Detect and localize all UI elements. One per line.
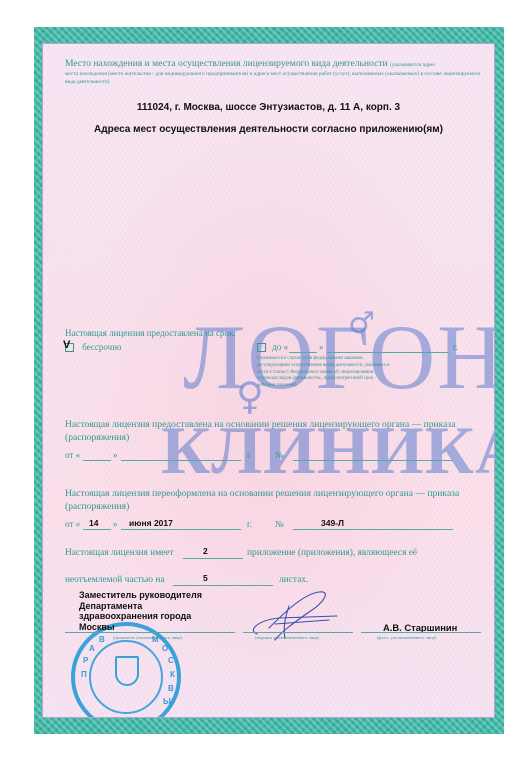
granted-number-field[interactable]: [293, 460, 453, 461]
addresses-note: Адреса мест осуществления деятельности с…: [43, 124, 494, 135]
reissued-from-label: от «: [65, 519, 80, 529]
until-month-year-field[interactable]: [327, 352, 449, 353]
license-address: 111024, г. Москва, шоссе Энтузиастов, д.…: [43, 102, 494, 113]
appendix-text-after: приложение (приложения), являющееся её: [247, 548, 417, 558]
signatory-position: Заместитель руководителя Департамента зд…: [79, 590, 202, 632]
position-line-4: Москвы: [79, 622, 202, 633]
reissued-number-underline: [293, 529, 453, 530]
header-title-note: (указываются адрес: [390, 62, 435, 68]
header-title: Место нахождения и места осуществления л…: [65, 58, 435, 69]
reissued-number-label: №: [275, 519, 284, 529]
reissued-month-year-underline: [121, 529, 241, 530]
reissued-number-field[interactable]: 349-Л: [321, 518, 344, 528]
position-line-1: Заместитель руководителя: [79, 590, 202, 601]
signature-underline: [243, 632, 353, 633]
appendix-count-field[interactable]: 2: [203, 546, 208, 556]
license-page: Место нахождения и места осуществления л…: [42, 43, 495, 718]
granted-text: Настоящая лицензия предоставлена на осно…: [65, 418, 485, 444]
term-until: до «: [257, 342, 288, 352]
granted-year-suffix: г.: [247, 450, 252, 460]
male-symbol-icon: ♂: [348, 306, 375, 341]
until-label: до «: [272, 342, 288, 352]
name-underline: [361, 632, 481, 633]
appendix-sheets-before: неотъемлемой частью на: [65, 575, 165, 585]
header-title-text: Место нахождения и места осуществления л…: [65, 58, 388, 69]
until-year-suffix: г.: [453, 342, 458, 352]
term-label: Настоящая лицензия предоставлена на срок…: [65, 328, 236, 338]
until-note: (указывается в случае, если федеральными…: [257, 356, 392, 390]
name-caption: (ф.и.о. уполномоченного лица): [377, 635, 436, 640]
until-checkbox[interactable]: [257, 343, 266, 352]
granted-quote-close: »: [113, 450, 118, 460]
appendix-count-underline: [183, 558, 243, 559]
header-subtitle: места нахождения (место жительства - для…: [65, 70, 485, 86]
reissued-quote-close: »: [113, 519, 118, 529]
granted-month-year-field[interactable]: [121, 460, 241, 461]
reissued-month-year-field[interactable]: июня 2017: [129, 518, 173, 528]
until-day-field[interactable]: [289, 352, 317, 353]
position-line-3: здравоохранения города: [79, 611, 202, 622]
reissued-text: Настоящая лицензия переоформлена на осно…: [65, 487, 485, 513]
position-caption: (должность уполномоченного лица): [113, 635, 182, 640]
reissued-day-field[interactable]: 14: [89, 518, 98, 528]
position-underline: [65, 632, 235, 633]
granted-number-label: №: [275, 450, 284, 460]
unlimited-label: бессрочно: [82, 342, 121, 352]
term-unlimited: V бессрочно: [65, 342, 122, 352]
until-quote-close: »: [319, 342, 324, 352]
granted-from-label: от «: [65, 450, 80, 460]
appendix-sheets-field[interactable]: 5: [203, 573, 208, 583]
position-line-2: Департамента: [79, 601, 202, 612]
granted-day-field[interactable]: [83, 460, 111, 461]
license-document: Место нахождения и места осуществления л…: [34, 27, 504, 734]
check-mark-icon: V: [63, 339, 70, 351]
signature-caption: (подпись уполномоченного лица): [255, 635, 319, 640]
reissued-year-suffix: г.: [247, 519, 252, 529]
appendix-text-before: Настоящая лицензия имеет: [65, 548, 174, 558]
unlimited-checkbox[interactable]: V: [65, 343, 74, 352]
reissued-day-underline: [83, 529, 111, 530]
